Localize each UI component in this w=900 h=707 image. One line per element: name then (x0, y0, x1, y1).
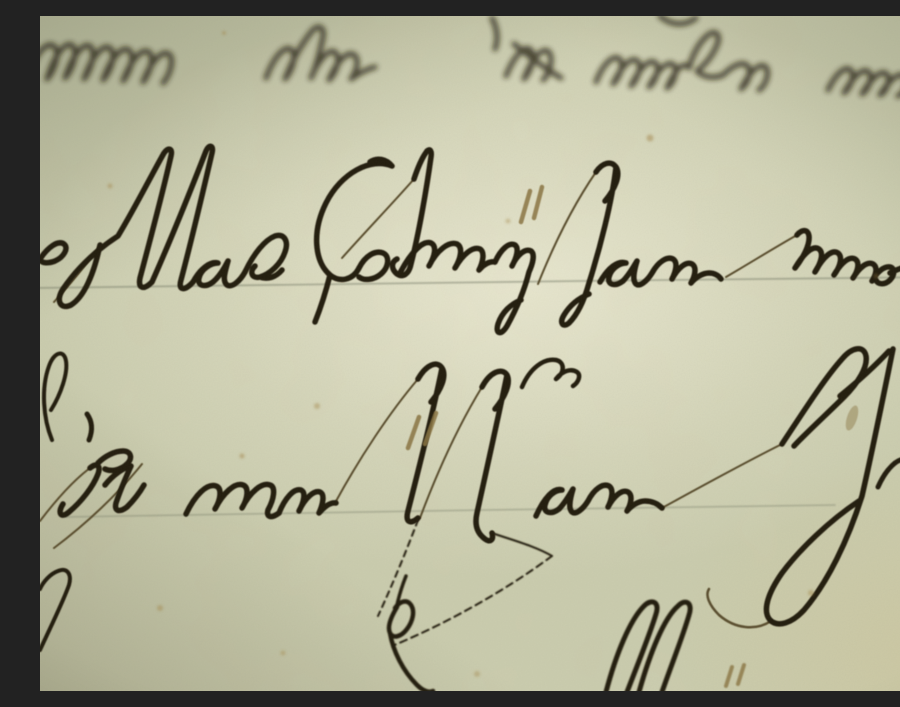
manuscript-photo: Close-up photograph of a handwritten man… (40, 16, 900, 691)
handwriting-artwork (40, 16, 900, 691)
paper-grain (40, 16, 900, 691)
